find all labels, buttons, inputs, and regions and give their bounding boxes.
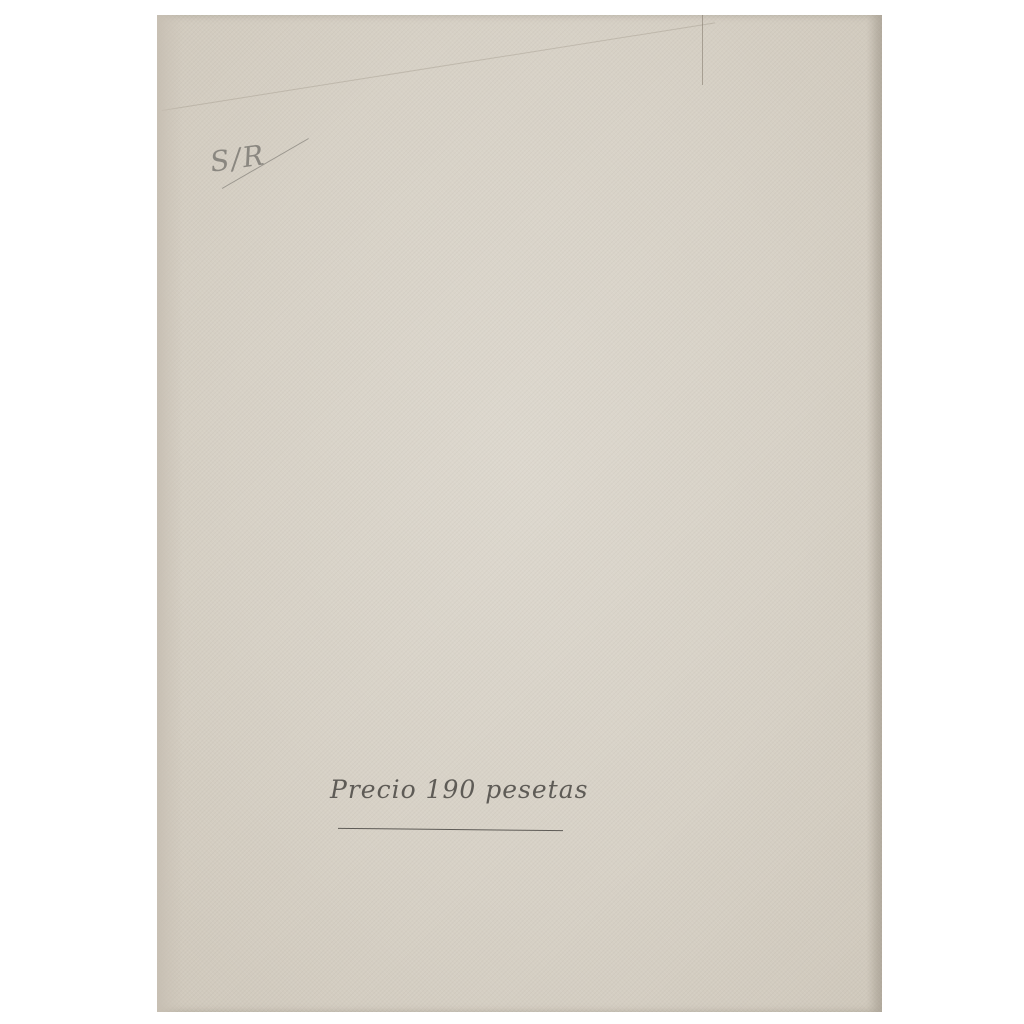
paper-right-edge <box>866 15 882 1012</box>
paper-left-edge <box>157 15 183 1012</box>
handwritten-price-note: Precio 190 pesetas <box>330 775 588 804</box>
paper-crease <box>162 22 715 111</box>
paper-tear <box>702 15 703 85</box>
